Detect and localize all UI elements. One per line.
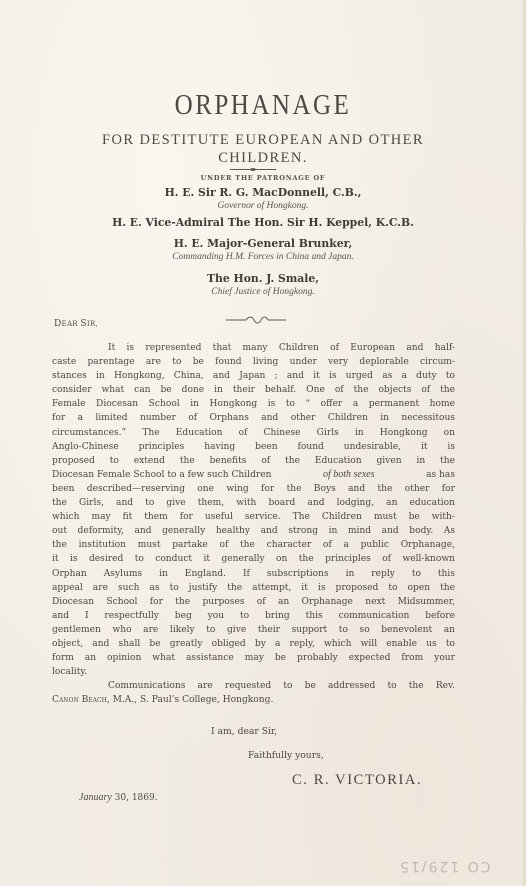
body-line: consider what can be done in their behal… [52,383,455,397]
paragraph-2-line-address: Canon Beach, M.A., S. Paul’s College, Ho… [52,693,455,707]
body-line: Diocesan School for the purposes of an O… [52,595,455,609]
patron-3: H. E. Major-General Brunker, Commanding … [0,237,526,263]
body-line: caste parentage are to be found living u… [52,355,455,369]
paragraph-2-line: Communications are requested to be addre… [52,679,455,693]
patron-1: H. E. Sir R. G. MacDonnell, C.B., Govern… [0,186,526,212]
document-subtitle: FOR DESTITUTE EUROPEAN AND OTHER CHILDRE… [0,131,526,167]
body-line: form an opinion what assistance may be p… [52,651,455,665]
letter-date: January 30, 1869. [79,792,158,803]
body-line: appeal are such as to justify the attemp… [52,581,455,595]
body-line: circumstances.” The Education of Chinese… [52,426,455,440]
body-line: object, and shall be greatly obliged by … [52,637,455,651]
body-line: Anglo-Chinese principles having been fou… [52,440,455,454]
letter-body: It is represented that many Children of … [52,341,455,707]
ornament-flourish-icon [226,315,286,325]
closing-line-1: I am, dear Sir, [211,726,277,737]
body-line: been described—reserving one wing for th… [52,482,455,496]
body-line: Orphan Asylums in England. If subscripti… [52,567,455,581]
body-fragment: as has [426,468,455,482]
closing-line-2: Faithfully yours, [248,750,324,761]
patron-role: Governor of Hongkong. [0,200,526,212]
patron-role: Chief Justice of Hongkong. [0,286,526,298]
body-fragment: Diocesan Female School to a few such Chi… [52,468,272,482]
body-line: Female Diocesan School in Hongkong is to… [52,397,455,411]
archive-reference-pencil-note: CO 129/15 [398,858,491,874]
body-line: the Girls, and to give them, with board … [52,496,455,510]
address-rest: , M.A., S. Paul’s College, Hongkong. [107,695,274,705]
divider-rule [230,169,276,170]
date-day-year: 30, 1869. [112,793,158,803]
body-line: out deformity, and generally healthy and… [52,524,455,538]
patron-role: Commanding H.M. Forces in China and Japa… [0,251,526,263]
body-line: which may fit them for useful service. T… [52,510,455,524]
salutation-initial-d: D [54,319,62,329]
body-line: it is desired to conduct it generally on… [52,552,455,566]
body-line: locality. [52,665,455,679]
patronage-label: UNDER THE PATRONAGE OF [0,174,526,182]
body-line: for a limited number of Orphans and othe… [52,411,455,425]
date-month: January [79,792,112,803]
subtitle-line-1: FOR DESTITUTE EUROPEAN AND OTHER [0,131,526,149]
body-line: the institution must partake of the char… [52,538,455,552]
salutation-part-2: IR, [87,320,98,328]
patron-name: The Hon. J. Smale, [0,272,526,286]
patron-name: H. E. Major-General Brunker, [0,237,526,251]
body-line: stances in Hongkong, China, and Japan ; … [52,369,455,383]
addressee-name: Canon Beach [52,695,107,705]
subtitle-line-2: CHILDREN. [0,149,526,167]
body-line: and I respectfully beg you to bring this… [52,609,455,623]
body-italic-fragment: of both sexes [323,468,375,482]
document-title: ORPHANAGE [0,90,526,122]
body-line-mixed: Diocesan Female School to a few such Chi… [52,468,455,482]
document-page: ORPHANAGE FOR DESTITUTE EUROPEAN AND OTH… [0,0,526,886]
patron-name: H. E. Sir R. G. MacDonnell, C.B., [0,186,526,200]
patron-4: The Hon. J. Smale, Chief Justice of Hong… [0,272,526,298]
body-line: gentlemen who are likely to give their s… [52,623,455,637]
body-line: It is represented that many Children of … [52,341,455,355]
patron-2: H. E. Vice-Admiral The Hon. Sir H. Keppe… [0,216,526,230]
salutation: DEAR SIR, [54,319,98,329]
salutation-part-1: EAR [62,320,81,328]
signature: C. R. VICTORIA. [292,772,422,789]
body-line: proposed to extend the benefits of the E… [52,454,455,468]
patron-name: H. E. Vice-Admiral The Hon. Sir H. Keppe… [0,216,526,230]
